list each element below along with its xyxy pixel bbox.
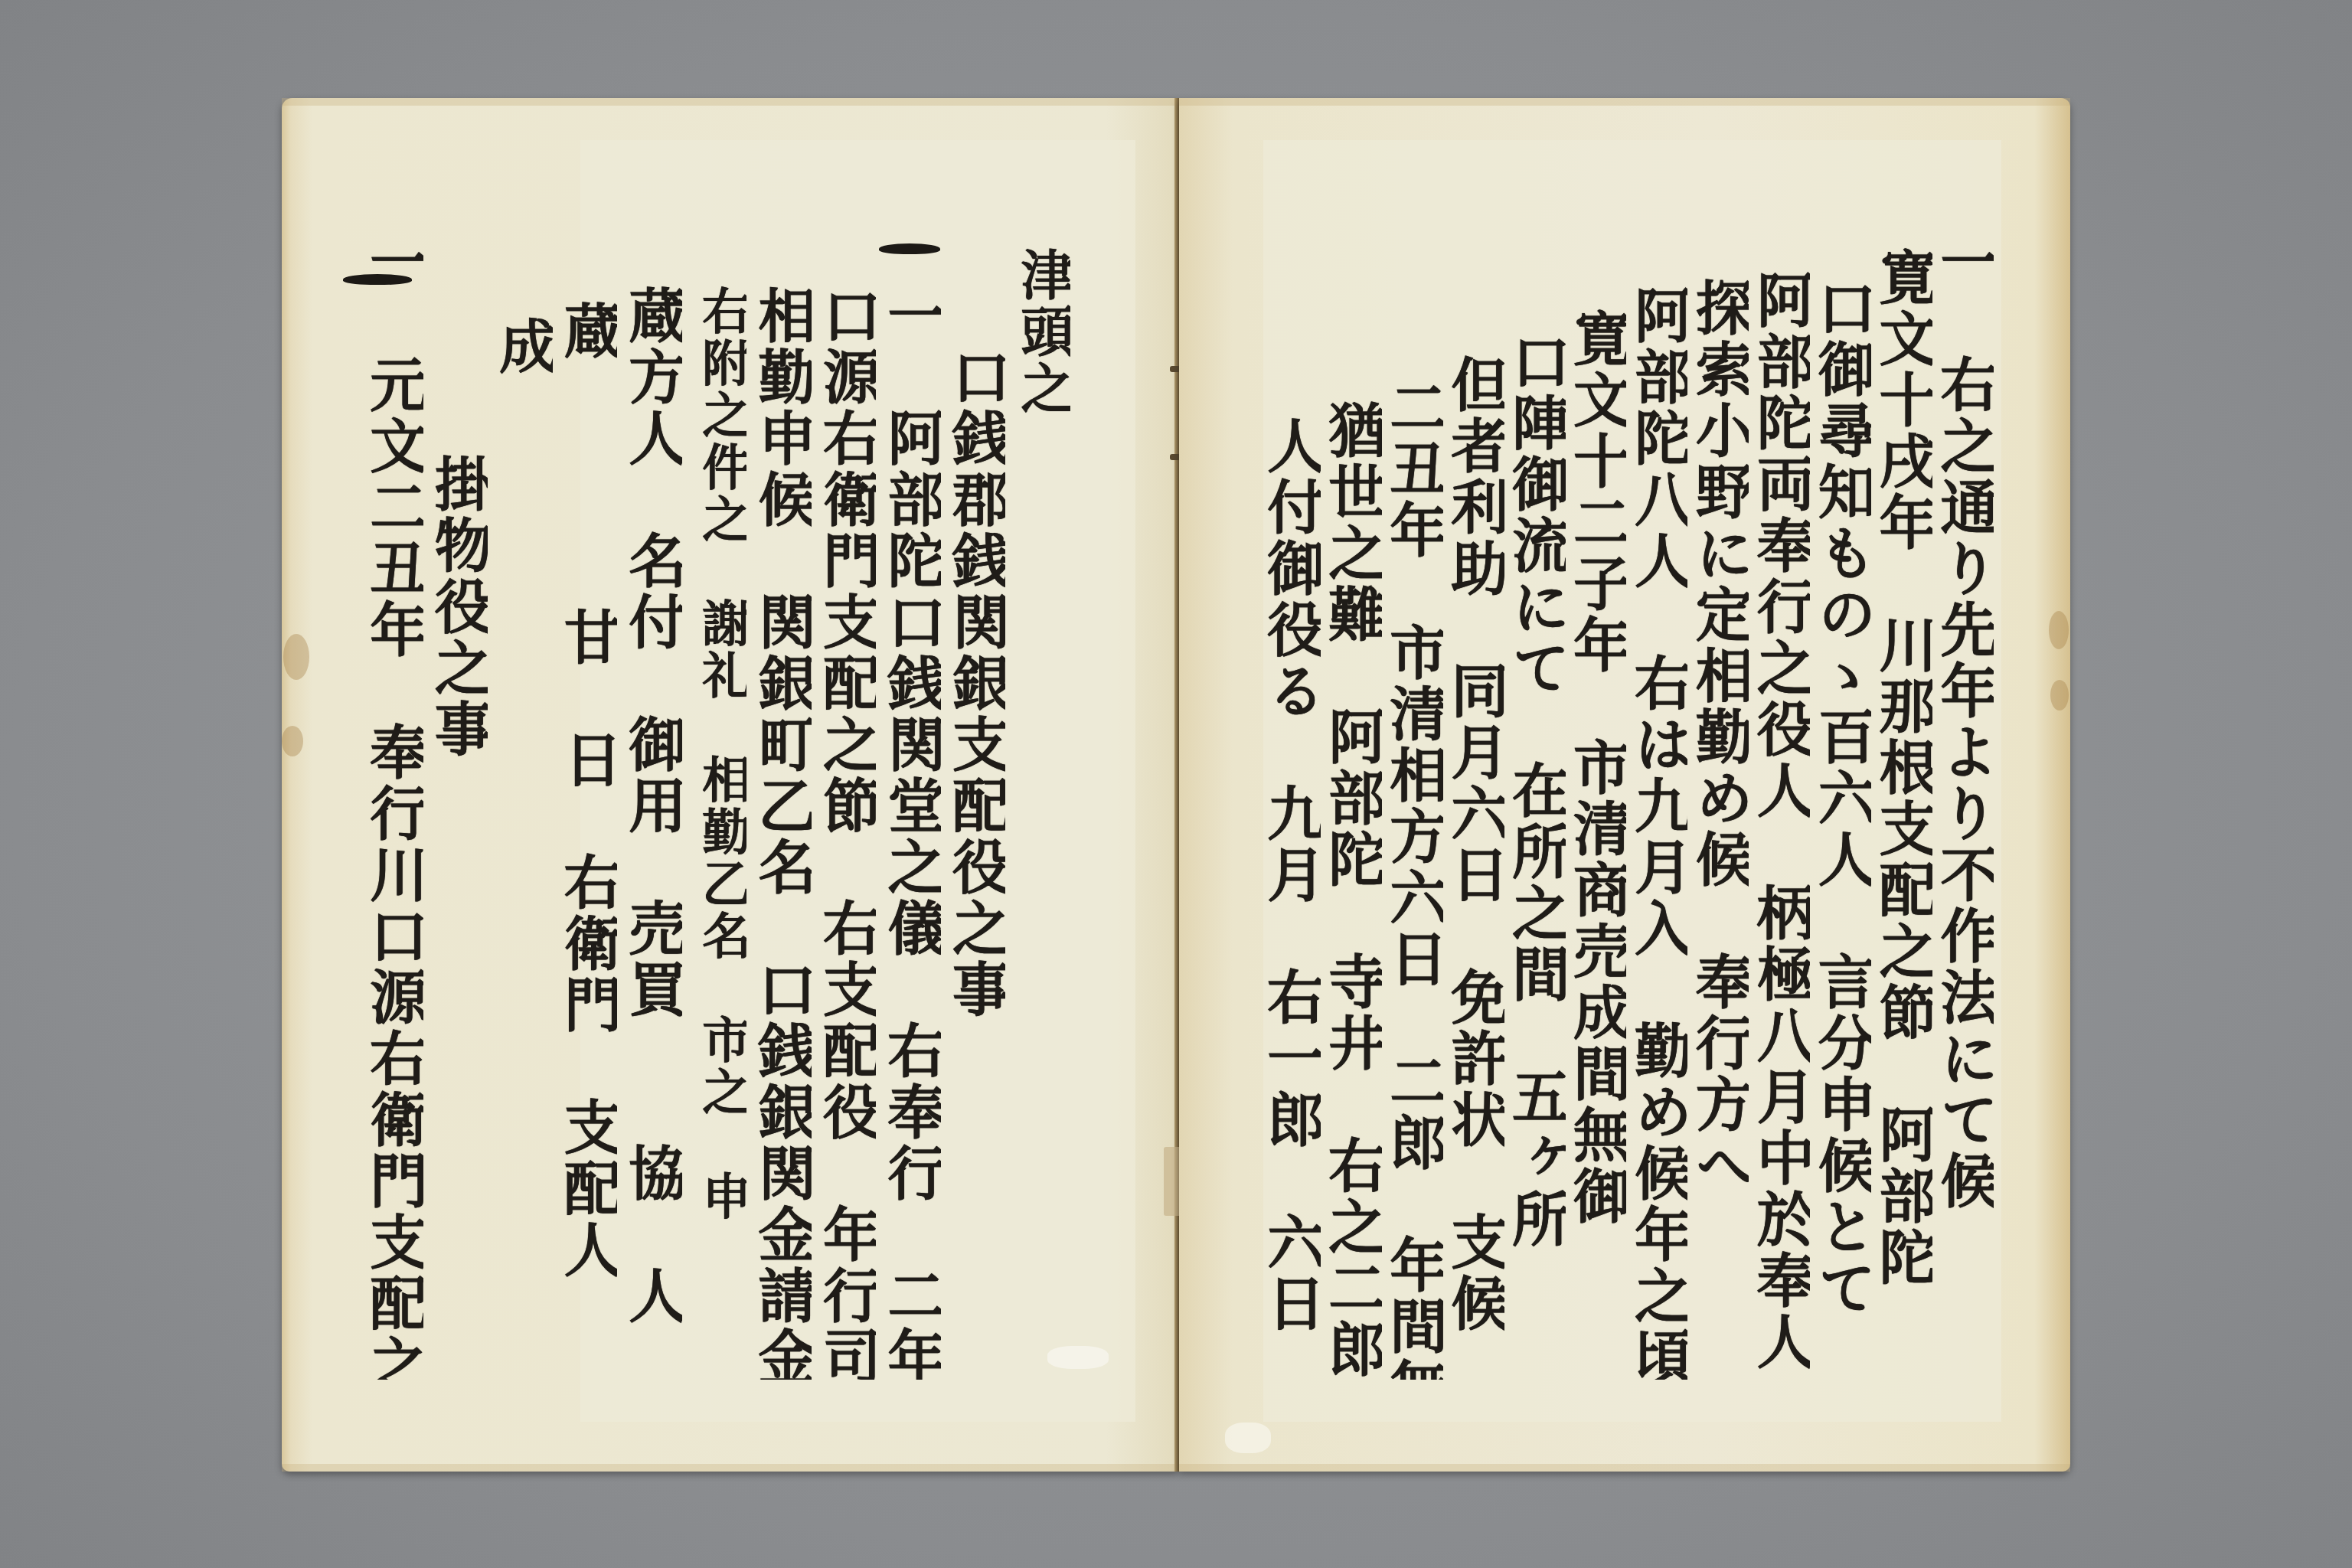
text-column: 寛文十二子年 市清商売成間無御: [1566, 232, 1627, 1380]
text-column: 猶世之難 阿部陀 寺井 右之二郎: [1321, 232, 1382, 1380]
text-column: 口源右衛門支配之節 右支配役 年行司: [815, 232, 877, 1380]
right-page-text-columns: 一 右之通り先年より不作法にて候 寛文十戌年 川那根支配之節 阿部陀 口御尋知も…: [1259, 232, 1994, 1380]
text-column: 掛物役之事: [426, 232, 488, 1380]
text-column: 探索小野に定相勤め候 奉行方へ: [1687, 232, 1749, 1380]
text-column: 蔵方人 名付 御用 売買 協 人: [620, 232, 682, 1380]
text-column: 人付御役る 九月 右一郎 六日 二郎: [1259, 232, 1321, 1380]
text-column: 相勤申候 関銀町乙名 口銭銀関金請金物: [750, 232, 812, 1380]
text-column: 阿部陀両奉行之役人 柄極八月中於奉人: [1749, 232, 1810, 1380]
left-page: 津頭之 口銭郡銭関銀支配役之事 一 阿部陀口銭関堂之儀 右奉行 二年奉行 川 口…: [282, 98, 1178, 1472]
text-column: 一 右之通り先年より不作法にて候: [1932, 232, 1994, 1380]
right-page: 一 右之通り先年より不作法にて候 寛文十戌年 川那根支配之節 阿部陀 口御尋知も…: [1179, 98, 2070, 1472]
text-column: 寛文十戌年 川那根支配之節 阿部陀: [1871, 232, 1932, 1380]
edge-stain: [283, 634, 309, 680]
text-column: 口陣御流にて 在所之間 五ヶ所: [1504, 232, 1566, 1380]
left-page-text-columns: 津頭之 口銭郡銭関銀支配役之事 一 阿部陀口銭関堂之儀 右奉行 二年奉行 川 口…: [312, 232, 1070, 1380]
left-heading: 津頭之: [1008, 232, 1070, 1380]
edge-stain: [282, 726, 303, 756]
text-column: 阿部陀八人 右は九月入 勤め候年之頃 乙名: [1626, 232, 1687, 1380]
text-column: 二丑年 市清相方六日 二郎 年間無御: [1382, 232, 1443, 1380]
text-column: 蔵 甘 日 右衛門 支配人 人: [556, 232, 618, 1380]
text-column: 但者利助 同月六日 免許状 支候: [1443, 232, 1504, 1380]
text-column: 一 阿部陀口銭関堂之儀 右奉行 二年奉行 川: [879, 232, 941, 1380]
edge-stain: [2049, 611, 2069, 649]
paper-tear: [1225, 1423, 1271, 1453]
manuscript-spread: 津頭之 口銭郡銭関銀支配役之事 一 阿部陀口銭関堂之儀 右奉行 二年奉行 川 口…: [282, 98, 2070, 1472]
text-column: 口銭郡銭関銀支配役之事: [944, 232, 1006, 1380]
text-column: 右附之件之 謝礼 相勤乙名 市之 申: [685, 232, 747, 1380]
edge-stain: [2050, 680, 2069, 710]
text-column: 口御尋知ものゝ百六人 言分申候とて: [1810, 232, 1871, 1380]
text-column: 一 元文二丑年 奉行川口源右衛門支配之節 阿: [343, 232, 423, 1380]
text-column: 成: [491, 232, 553, 1380]
